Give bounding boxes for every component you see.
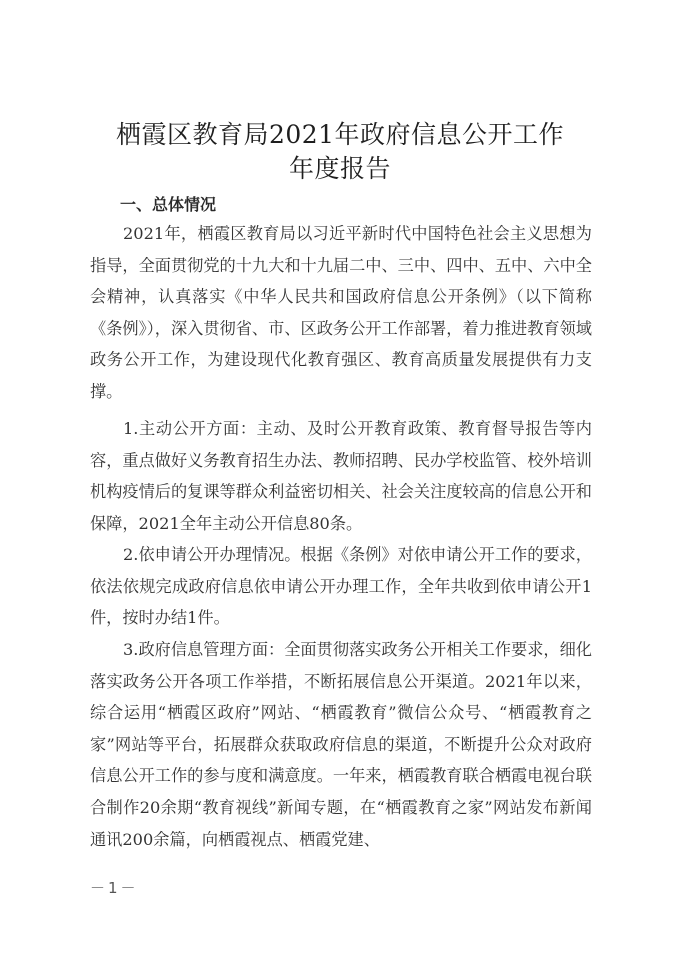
paragraph-active-disclosure: 1.主动公开方面：主动、及时公开教育政策、教育督导报告等内容，重点做好义务教育招… [90,413,592,539]
section-heading: 一、总体情况 [120,192,216,215]
document-page: 栖霞区教育局2021年政府信息公开工作 年度报告 一、总体情况 2021年，栖霞… [0,0,680,962]
paragraph-text: 2.依申请公开办理情况。根据《条例》对依申请公开工作的要求，依法依规完成政府信息… [90,539,592,634]
paragraph-text: 1.主动公开方面：主动、及时公开教育政策、教育督导报告等内容，重点做好义务教育招… [90,413,592,539]
paragraph-information-management: 3.政府信息管理方面：全面贯彻落实政务公开相关工作要求，细化落实政务公开各项工作… [90,634,592,855]
paragraph-request-disclosure: 2.依申请公开办理情况。根据《条例》对依申请公开工作的要求，依法依规完成政府信息… [90,539,592,634]
paragraph-text: 3.政府信息管理方面：全面贯彻落实政务公开相关工作要求，细化落实政务公开各项工作… [90,634,592,855]
document-title: 栖霞区教育局2021年政府信息公开工作 年度报告 [90,118,590,186]
title-line-2: 年度报告 [90,152,590,186]
paragraph-text: 2021年，栖霞区教育局以习近平新时代中国特色社会主义思想为指导，全面贯彻党的十… [90,218,592,408]
paragraph-overview: 2021年，栖霞区教育局以习近平新时代中国特色社会主义思想为指导，全面贯彻党的十… [90,218,592,408]
title-line-1: 栖霞区教育局2021年政府信息公开工作 [90,118,590,152]
page-number: －1－ [90,877,139,898]
